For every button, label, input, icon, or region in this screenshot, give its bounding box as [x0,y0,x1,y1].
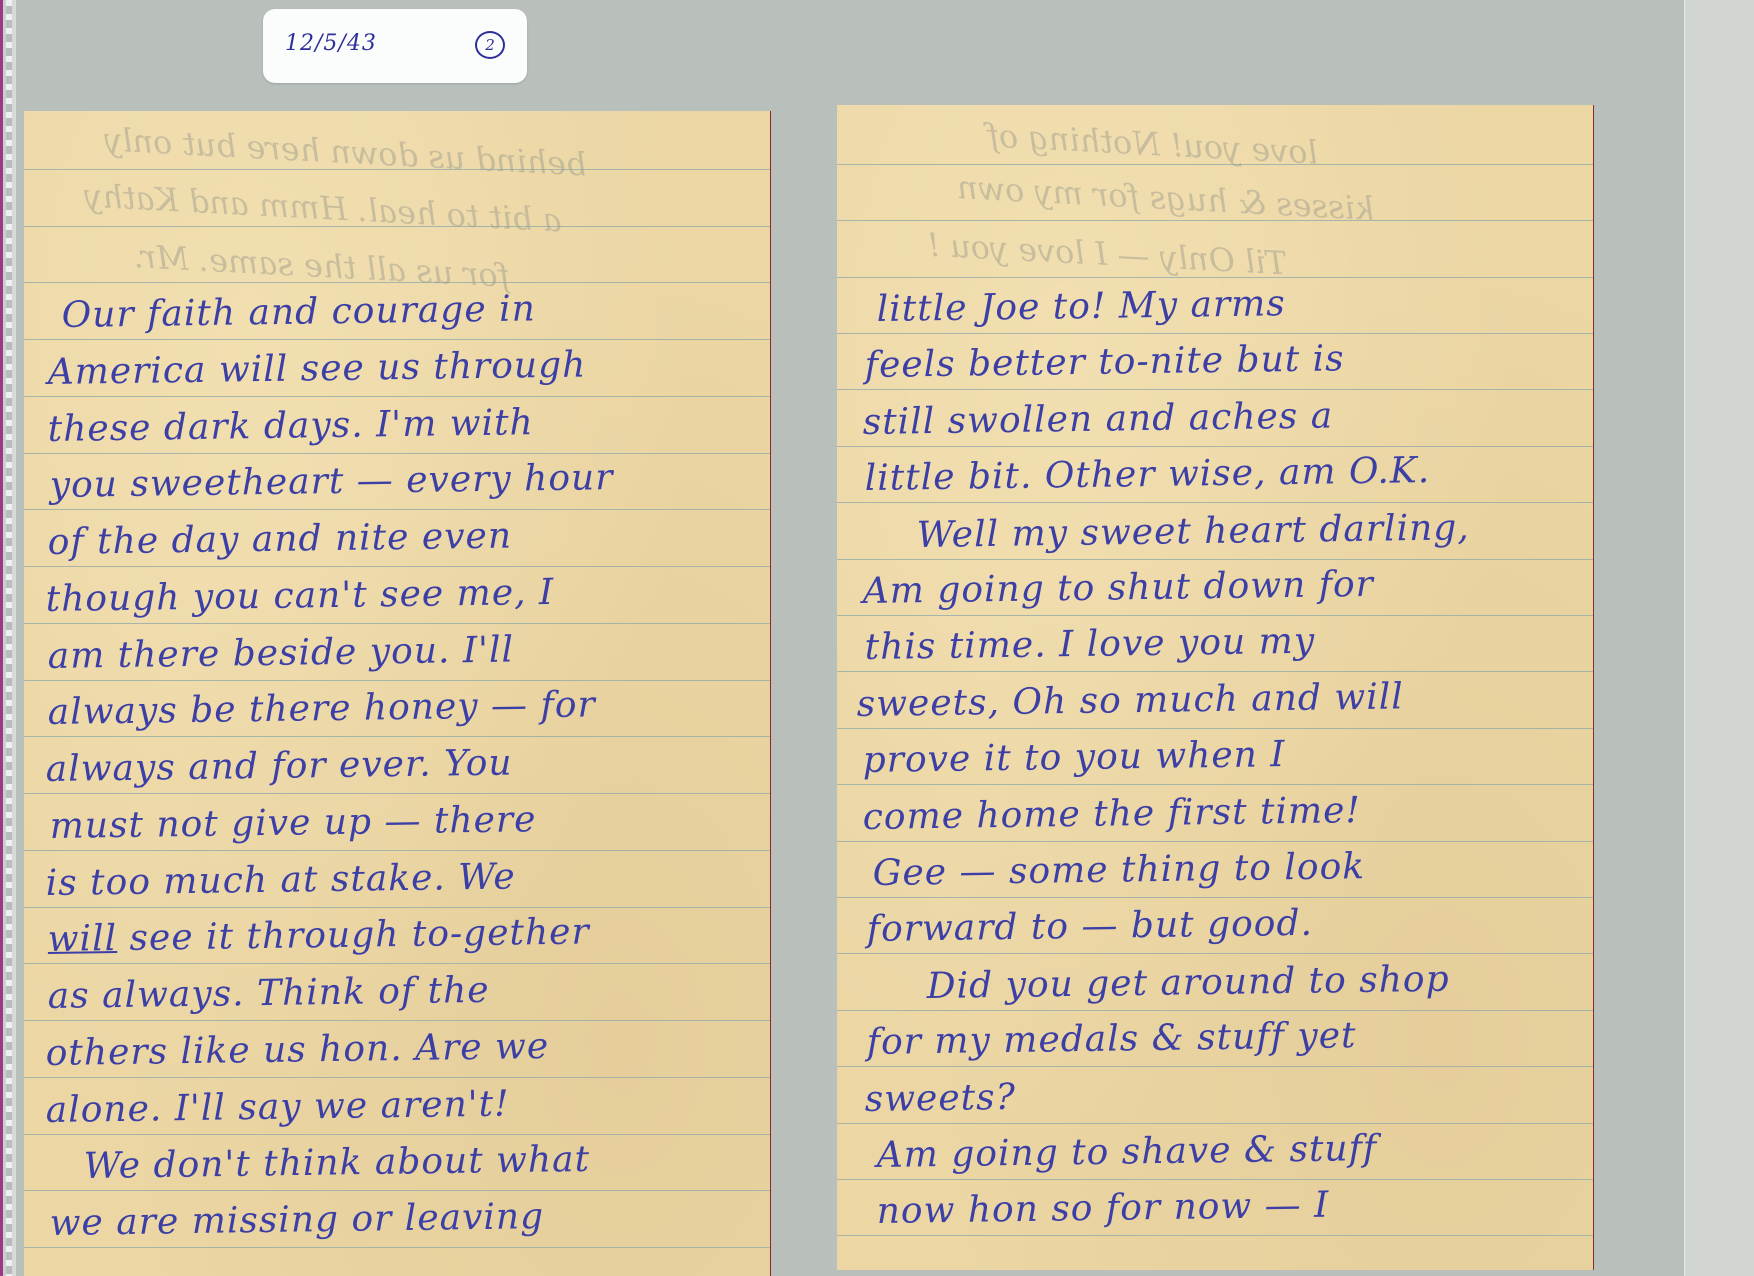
ruled-line [24,509,770,510]
ruled-line [837,164,1593,165]
handwritten-line: will see it through to-gether [47,912,589,961]
handwritten-line: We don't think about what [83,1139,590,1187]
binder-sleeve-edge [0,0,16,1276]
handwritten-line: little bit. Other wise, am O.K. [864,450,1430,499]
handwritten-line: is too much at stake. We [45,856,515,904]
ruled-line [24,907,770,908]
ruled-line [24,339,770,340]
ruled-line [24,396,770,397]
handwritten-line: come home the first time! [862,790,1361,838]
ruled-line [24,680,770,681]
handwritten-line: must not give up — there [49,799,536,847]
ruled-line [837,1066,1593,1067]
letter-page-right: love you! Nothing of kisses & hugs for m… [837,105,1593,1270]
handwritten-line: Did you get around to shop [926,958,1449,1006]
ruled-line [837,671,1593,672]
handwritten-line: America will see us through [47,344,586,393]
handwritten-line: always be there honey — for [47,685,596,734]
ruled-line [24,282,770,283]
ruled-line [837,333,1593,334]
handwritten-line: as always. Think of the [47,970,489,1017]
ruled-line [837,277,1593,278]
ruled-line [837,841,1593,842]
ruled-line [837,559,1593,560]
handwritten-line: Our faith and courage in [61,288,536,336]
handwritten-line: little Joe to! My arms [876,283,1286,330]
bleed-through-text: a bit to heal. Hmm and Kathy [83,177,562,240]
handwritten-line: this time. I love you my [864,621,1315,668]
handwritten-line: now hon so for now — I [876,1185,1329,1232]
ruled-line [837,446,1593,447]
bleed-through-text: Til Only — I love you ! [926,226,1287,283]
handwritten-line: for my medals & stuff yet [866,1015,1356,1063]
ruled-line [24,1134,770,1135]
handwritten-line: prove it to you when I [862,734,1285,781]
bleed-through-text: behind us down here but only [103,120,587,183]
ruled-line [837,897,1593,898]
ruled-line [24,453,770,454]
handwritten-line: though you can't see me, I [45,572,554,620]
handwritten-line: Am going to shut down for [862,564,1374,612]
ruled-line [24,736,770,737]
handwritten-line: sweets, Oh so much and will [856,676,1404,725]
ruled-line [837,220,1593,221]
ruled-line [837,389,1593,390]
ruled-line [837,728,1593,729]
ruled-line [837,1235,1593,1236]
ruled-line [837,1179,1593,1180]
ruled-line [24,1190,770,1191]
handwritten-line: others like us hon. Are we [45,1026,549,1074]
ruled-line [837,502,1593,503]
ruled-line [837,1123,1593,1124]
ruled-line [24,1247,770,1248]
handwritten-line: sweets? [864,1076,1016,1119]
handwritten-line: always and for ever. You [45,742,512,790]
ruled-line [24,226,770,227]
handwritten-line: these dark days. I'm with [47,402,534,450]
ruled-line [24,169,770,170]
underlined-word: will [47,918,117,960]
ruled-line [837,1010,1593,1011]
ruled-line [837,615,1593,616]
ruled-line [24,1020,770,1021]
handwritten-line: Am going to shave & stuff [876,1128,1377,1176]
letter-page-left: behind us down here but only a bit to he… [24,111,770,1276]
ruled-line [24,1077,770,1078]
ruled-line [837,953,1593,954]
handwritten-line: still swollen and aches a [862,395,1333,443]
handwritten-line: Gee — some thing to look [872,846,1365,894]
bleed-through-text: for us all the same. Mr. [133,237,510,295]
label-date: 12/5/43 [285,31,377,56]
handwritten-line: forward to — but good. [866,903,1313,950]
date-label: 12/5/43 2 [263,9,527,83]
ruled-line [24,623,770,624]
ruled-line [24,850,770,851]
ruled-line [24,793,770,794]
handwritten-line: Well my sweet heart darling, [916,507,1470,556]
handwritten-line: you sweetheart — every hour [49,457,613,506]
handwritten-line: alone. I'll say we aren't! [45,1083,509,1130]
handwritten-line: we are missing or leaving [49,1196,544,1244]
sleeve-right-edge [1684,0,1754,1276]
ruled-line [837,784,1593,785]
handwritten-line: am there beside you. I'll [47,629,514,677]
ruled-line [24,963,770,964]
label-page-number: 2 [475,31,505,59]
binder-perforations [6,0,12,1276]
ruled-line [24,566,770,567]
handwritten-line: feels better to-nite but is [864,339,1344,387]
bleed-through-text: kisses & hugs for my own [956,168,1375,228]
handwritten-line: of the day and nite even [47,516,512,563]
